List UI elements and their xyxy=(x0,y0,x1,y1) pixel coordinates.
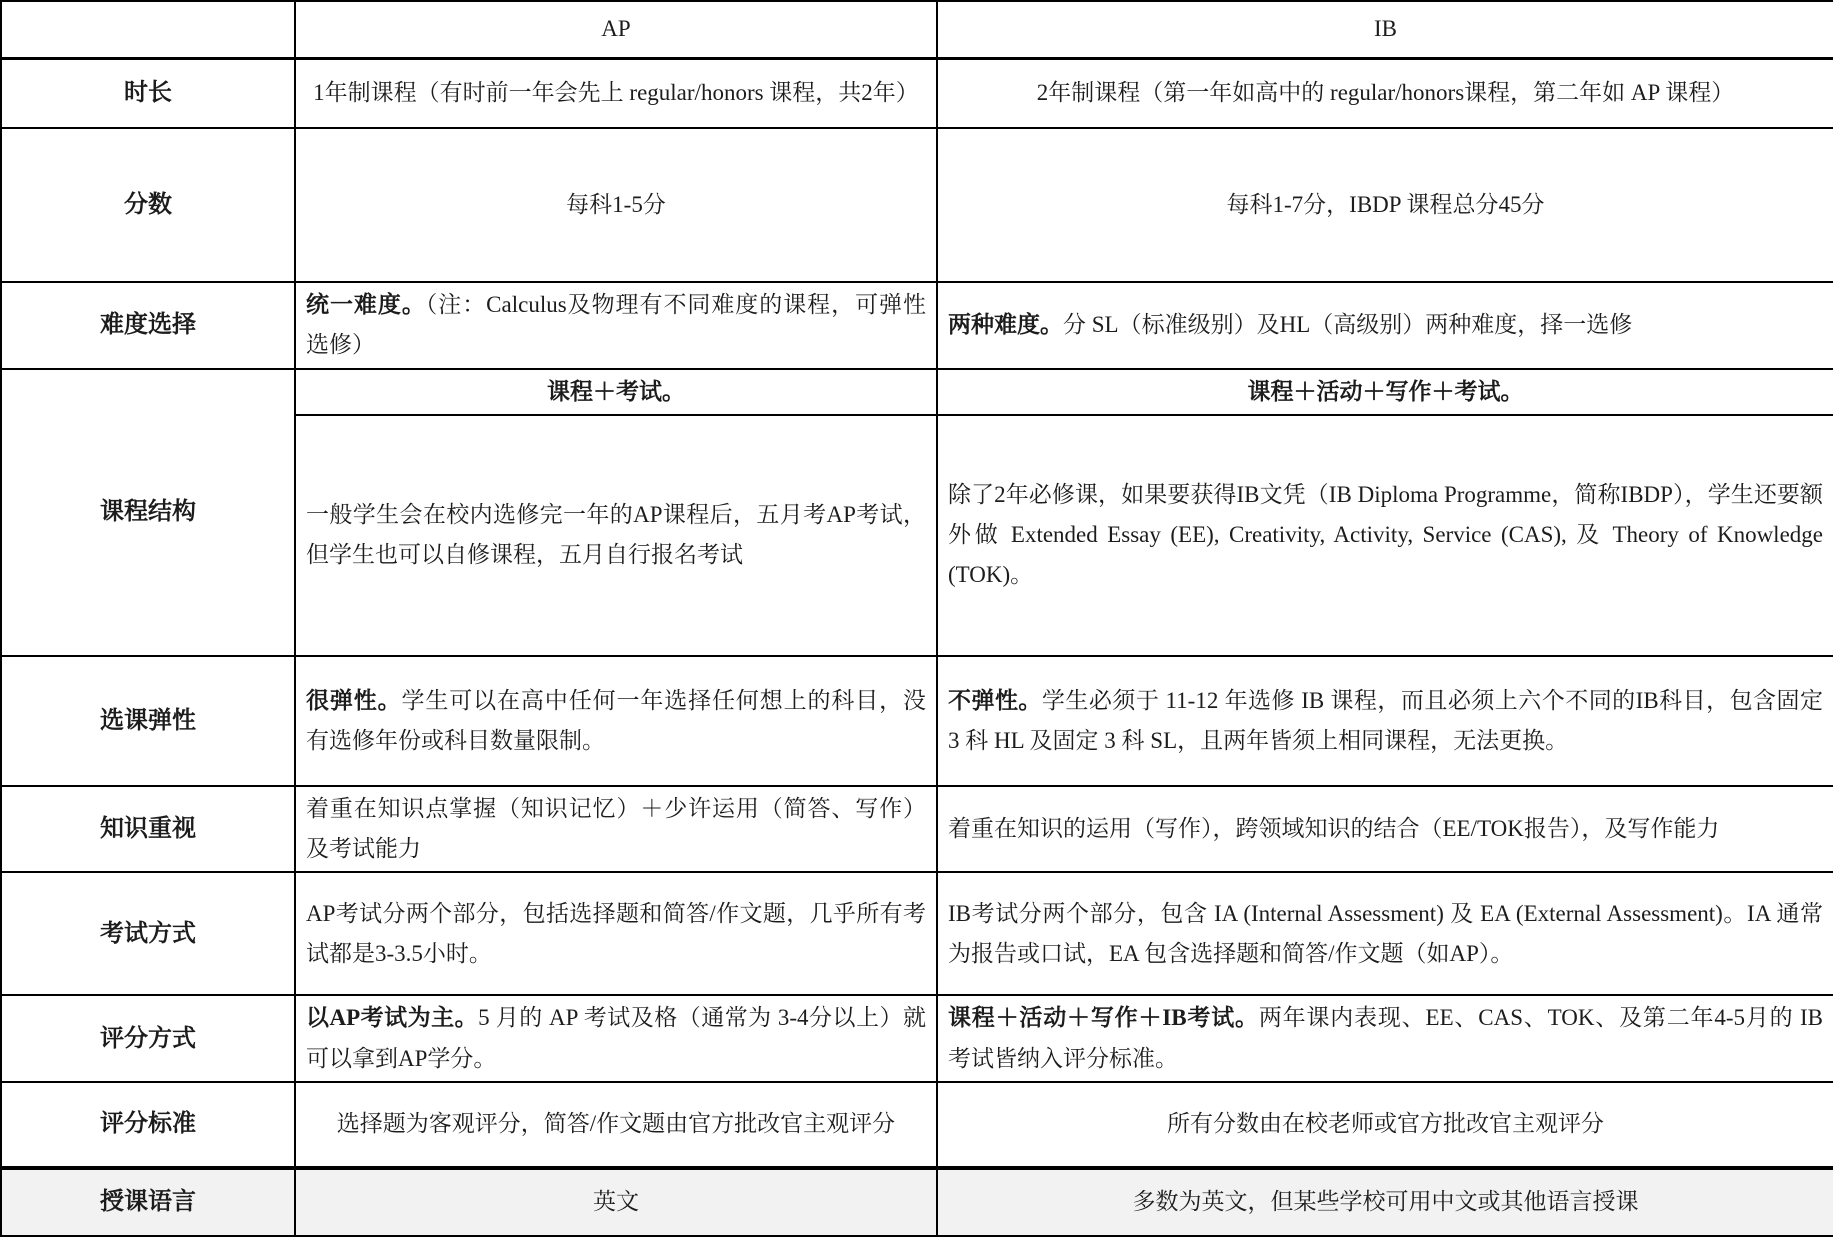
flexibility-ib-rest: 学生必须于 11-12 年选修 IB 课程，而且必须上六个不同的IB科目，包含固… xyxy=(948,688,1823,753)
flexibility-ap-lead: 很弹性。 xyxy=(306,688,402,713)
cell-duration-ib: 2年制课程（第一年如高中的 regular/honors课程，第二年如 AP 课… xyxy=(937,58,1833,128)
cell-structure-formula-ap: 课程＋考试。 xyxy=(295,369,937,415)
row-difficulty: 难度选择 统一难度。（注：Calculus及物理有不同难度的课程，可弹性选修） … xyxy=(1,282,1833,369)
grading-ib-lead: 课程＋活动＋写作＋IB考试。 xyxy=(948,1005,1259,1030)
cell-structure-detail-ap: 一般学生会在校内选修完一年的AP课程后，五月考AP考试，但学生也可以自修课程，五… xyxy=(295,415,937,656)
cell-grading-ib: 课程＋活动＋写作＋IB考试。两年课内表现、EE、CAS、TOK、及第二年4-5月… xyxy=(937,995,1833,1082)
cell-structure-detail-ib: 除了2年必修课，如果要获得IB文凭（IB Diploma Programme，简… xyxy=(937,415,1833,656)
row-label-score: 分数 xyxy=(1,128,295,282)
ap-ib-comparison-table: AP IB 时长 1年制课程（有时前一年会先上 regular/honors 课… xyxy=(0,0,1833,1237)
cell-knowledge-ib: 着重在知识的运用（写作），跨领域知识的结合（EE/TOK报告），及写作能力 xyxy=(937,786,1833,873)
row-knowledge: 知识重视 着重在知识点掌握（知识记忆）＋少许运用（简答、写作）及考试能力 着重在… xyxy=(1,786,1833,873)
difficulty-ib-rest: 分 SL（标准级别）及HL（高级别）两种难度，择一选修 xyxy=(1063,312,1632,337)
difficulty-ib-lead: 两种难度。 xyxy=(948,312,1063,337)
row-label-criteria: 评分标准 xyxy=(1,1082,295,1168)
cell-criteria-ib: 所有分数由在校老师或官方批改官主观评分 xyxy=(937,1082,1833,1168)
row-structure-formula: 课程结构 课程＋考试。 课程＋活动＋写作＋考试。 xyxy=(1,369,1833,415)
flexibility-ib-lead: 不弹性。 xyxy=(948,688,1042,713)
cell-duration-ap: 1年制课程（有时前一年会先上 regular/honors 课程，共2年） xyxy=(295,58,937,128)
cell-flexibility-ap: 很弹性。学生可以在高中任何一年选择任何想上的科目，没有选修年份或科目数量限制。 xyxy=(295,656,937,786)
grading-ap-lead: 以AP考试为主。 xyxy=(306,1005,478,1030)
row-label-knowledge: 知识重视 xyxy=(1,786,295,873)
row-flexibility: 选课弹性 很弹性。学生可以在高中任何一年选择任何想上的科目，没有选修年份或科目数… xyxy=(1,656,1833,786)
cell-exam-ib: IB考试分两个部分，包含 IA (Internal Assessment) 及 … xyxy=(937,872,1833,995)
column-header-ap: AP xyxy=(295,1,937,58)
row-label-difficulty: 难度选择 xyxy=(1,282,295,369)
cell-knowledge-ap: 着重在知识点掌握（知识记忆）＋少许运用（简答、写作）及考试能力 xyxy=(295,786,937,873)
row-duration: 时长 1年制课程（有时前一年会先上 regular/honors 课程，共2年）… xyxy=(1,58,1833,128)
cell-flexibility-ib: 不弹性。学生必须于 11-12 年选修 IB 课程，而且必须上六个不同的IB科目… xyxy=(937,656,1833,786)
row-label-duration: 时长 xyxy=(1,58,295,128)
row-label-grading: 评分方式 xyxy=(1,995,295,1082)
corner-cell xyxy=(1,1,295,58)
cell-criteria-ap: 选择题为客观评分，简答/作文题由官方批改官主观评分 xyxy=(295,1082,937,1168)
row-label-structure: 课程结构 xyxy=(1,369,295,656)
cell-exam-ap: AP考试分两个部分，包括选择题和简答/作文题，几乎所有考试都是3-3.5小时。 xyxy=(295,872,937,995)
cell-score-ib: 每科1-7分，IBDP 课程总分45分 xyxy=(937,128,1833,282)
row-criteria: 评分标准 选择题为客观评分，简答/作文题由官方批改官主观评分 所有分数由在校老师… xyxy=(1,1082,1833,1168)
cell-difficulty-ap: 统一难度。（注：Calculus及物理有不同难度的课程，可弹性选修） xyxy=(295,282,937,369)
cell-grading-ap: 以AP考试为主。5 月的 AP 考试及格（通常为 3-4分以上）就可以拿到AP学… xyxy=(295,995,937,1082)
cell-difficulty-ib: 两种难度。分 SL（标准级别）及HL（高级别）两种难度，择一选修 xyxy=(937,282,1833,369)
cell-score-ap: 每科1-5分 xyxy=(295,128,937,282)
column-header-ib: IB xyxy=(937,1,1833,58)
difficulty-ap-lead: 统一难度。 xyxy=(306,292,426,317)
header-row: AP IB xyxy=(1,1,1833,58)
row-score: 分数 每科1-5分 每科1-7分，IBDP 课程总分45分 xyxy=(1,128,1833,282)
row-label-flexibility: 选课弹性 xyxy=(1,656,295,786)
row-exam: 考试方式 AP考试分两个部分，包括选择题和简答/作文题，几乎所有考试都是3-3.… xyxy=(1,872,1833,995)
row-label-exam: 考试方式 xyxy=(1,872,295,995)
cell-structure-formula-ib: 课程＋活动＋写作＋考试。 xyxy=(937,369,1833,415)
row-grading: 评分方式 以AP考试为主。5 月的 AP 考试及格（通常为 3-4分以上）就可以… xyxy=(1,995,1833,1082)
